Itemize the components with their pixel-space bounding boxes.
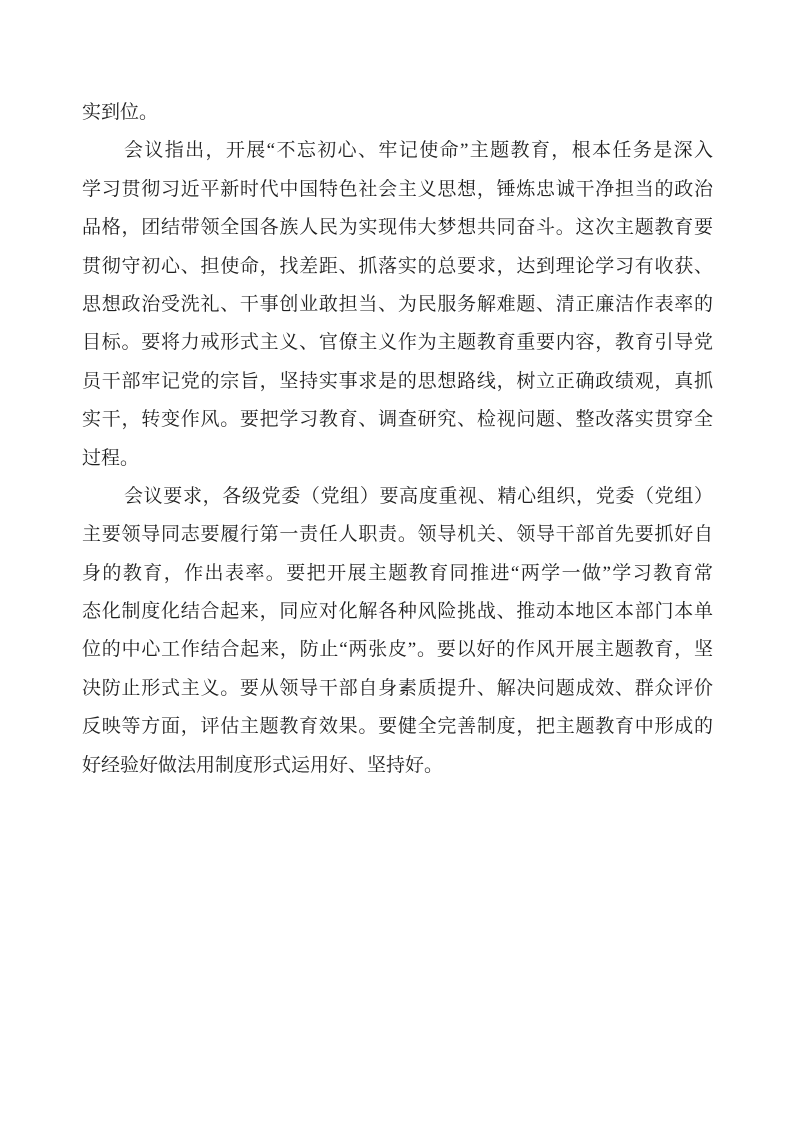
- text-line: 好经验好做法用制度形式运用好、坚持好。: [82, 747, 713, 785]
- document-body: 实到位。会议指出，开展“不忘初心、牢记使命”主题教育，根本任务是深入学习贯彻习近…: [82, 94, 713, 785]
- text-line: 实干，转变作风。要把学习教育、调查研究、检视问题、整改落实贯穿全: [82, 401, 713, 439]
- text-line: 学习贯彻习近平新时代中国特色社会主义思想，锤炼忠诚干净担当的政治: [82, 171, 713, 209]
- text-line: 决防止形式主义。要从领导干部自身素质提升、解决问题成效、群众评价: [82, 670, 713, 708]
- text-line: 贯彻守初心、担使命，找差距、抓落实的总要求，达到理论学习有收获、: [82, 248, 713, 286]
- paragraph: 实到位。: [82, 94, 713, 132]
- text-line: 态化制度化结合起来，同应对化解各种风险挑战、推动本地区本部门本单: [82, 593, 713, 631]
- text-line: 思想政治受洗礼、干事创业敢担当、为民服务解难题、清正廉洁作表率的: [82, 286, 713, 324]
- text-line: 主要领导同志要履行第一责任人职责。领导机关、领导干部首先要抓好自: [82, 516, 713, 554]
- text-line: 实到位。: [82, 94, 713, 132]
- text-line: 身的教育，作出表率。要把开展主题教育同推进“两学一做”学习教育常: [82, 555, 713, 593]
- text-line: 会议要求，各级党委（党组）要高度重视、精心组织，党委（党组）: [82, 478, 713, 516]
- text-line: 员干部牢记党的宗旨，坚持实事求是的思想路线，树立正确政绩观，真抓: [82, 363, 713, 401]
- text-line: 品格，团结带领全国各族人民为实现伟大梦想共同奋斗。这次主题教育要: [82, 209, 713, 247]
- text-line: 反映等方面，评估主题教育效果。要健全完善制度，把主题教育中形成的: [82, 708, 713, 746]
- text-line: 目标。要将力戒形式主义、官僚主义作为主题教育重要内容，教育引导党: [82, 324, 713, 362]
- text-line: 过程。: [82, 440, 713, 478]
- text-line: 会议指出，开展“不忘初心、牢记使命”主题教育，根本任务是深入: [82, 132, 713, 170]
- text-line: 位的中心工作结合起来，防止“两张皮”。要以好的作风开展主题教育，坚: [82, 631, 713, 669]
- paragraph: 会议指出，开展“不忘初心、牢记使命”主题教育，根本任务是深入学习贯彻习近平新时代…: [82, 132, 713, 478]
- document-page: 实到位。会议指出，开展“不忘初心、牢记使命”主题教育，根本任务是深入学习贯彻习近…: [0, 0, 793, 1122]
- paragraph: 会议要求，各级党委（党组）要高度重视、精心组织，党委（党组）主要领导同志要履行第…: [82, 478, 713, 785]
